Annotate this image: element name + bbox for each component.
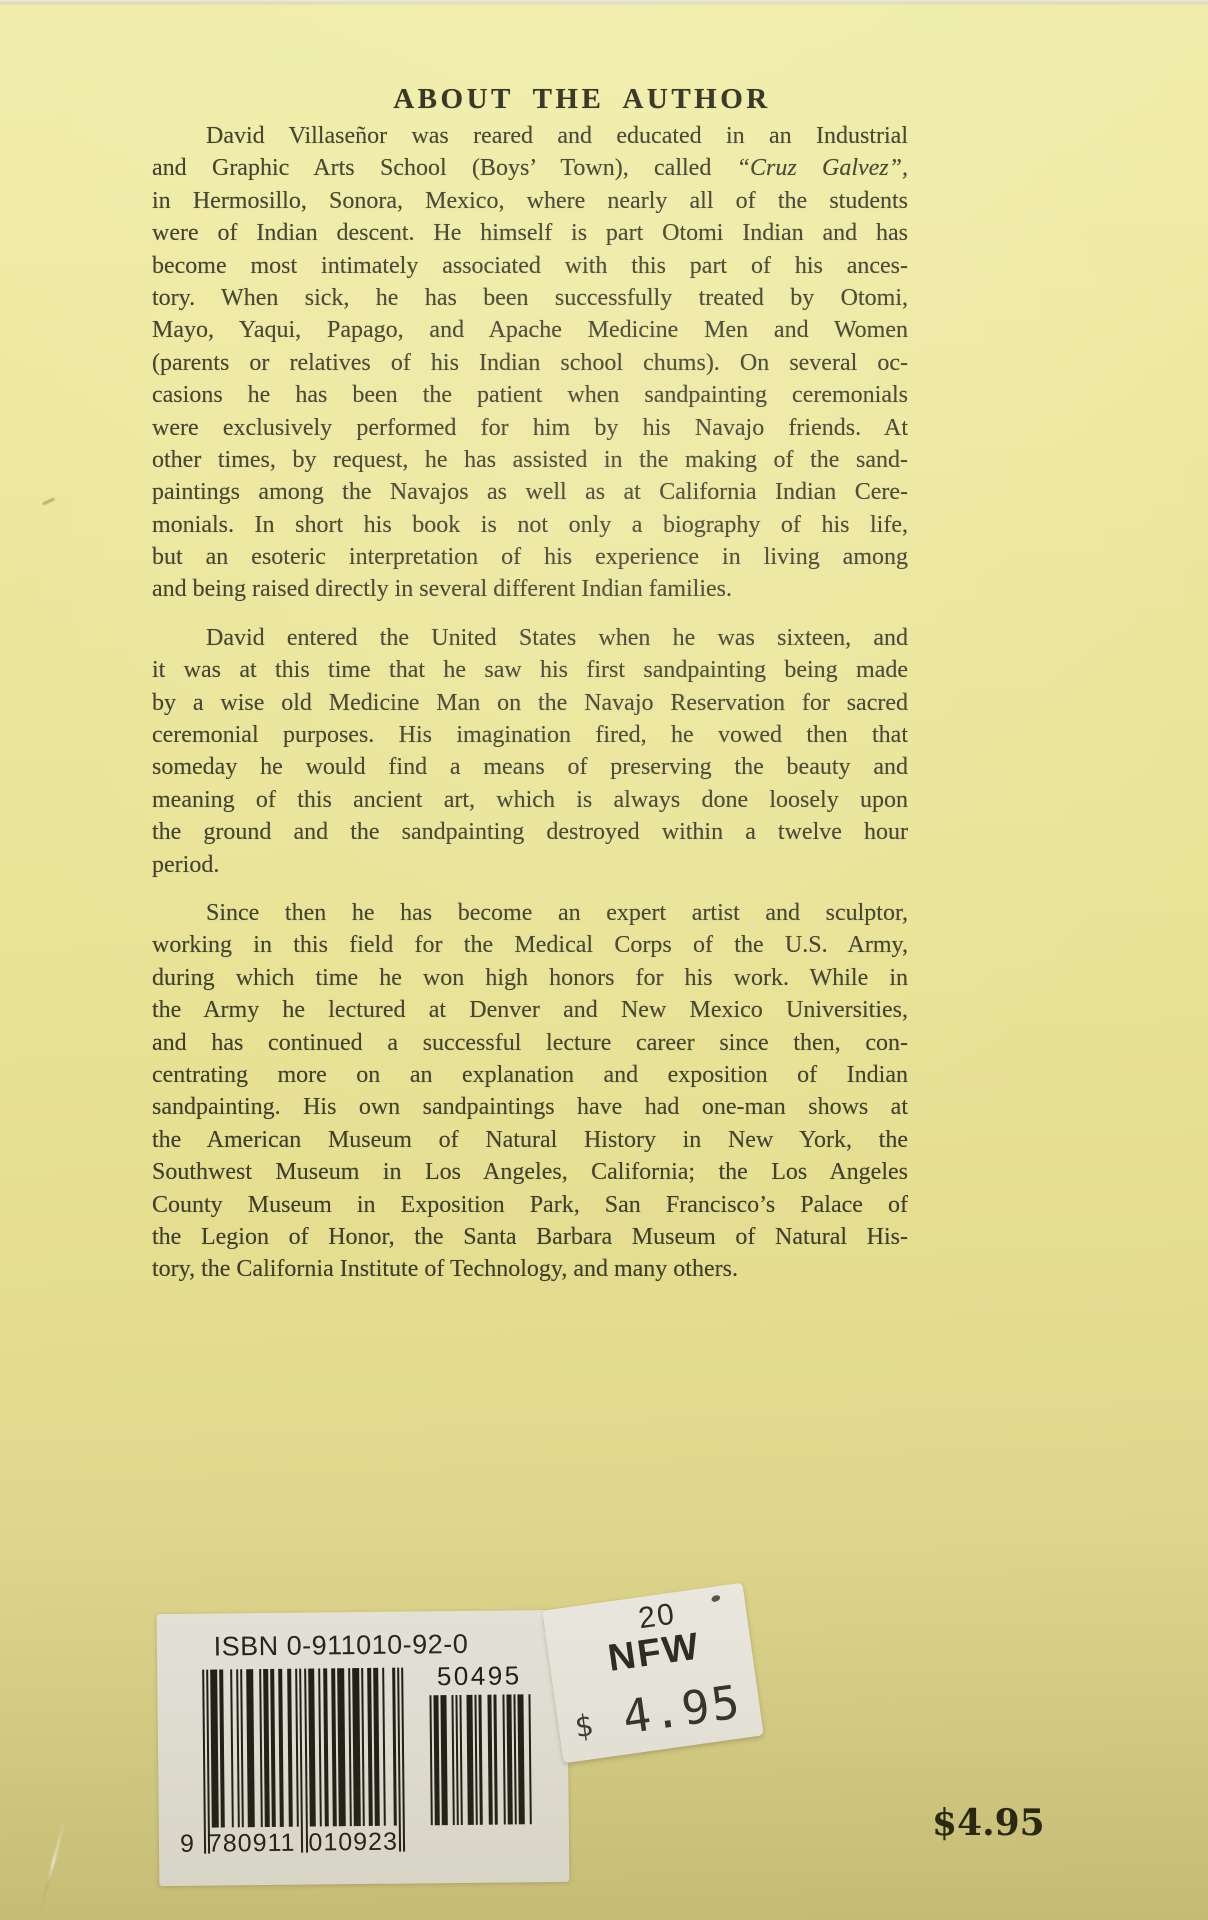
about-paragraph: David entered the United States when he …	[152, 622, 908, 881]
sticker-amount: 4.95	[619, 1674, 744, 1744]
cover-crease-mark	[42, 497, 55, 505]
isbn-text: ISBN 0-911010-92-0	[185, 1629, 497, 1663]
book-back-cover: ABOUT THE AUTHOR David Villaseñor was re…	[0, 0, 1208, 1920]
photo-of-book-back-cover: { "page": { "title": "ABOUT THE AUTHOR",…	[0, 0, 1208, 1920]
text-line: sandpainting. His own sandpaintings have…	[152, 1091, 908, 1123]
supplement-digits: 50495	[427, 1660, 531, 1692]
text-line: become most intimately associated with t…	[152, 250, 908, 282]
sticker-currency: $	[572, 1708, 595, 1745]
text-line: Southwest Museum in Los Angeles, Califor…	[152, 1156, 908, 1188]
supplement-barcode: 50495	[427, 1660, 533, 1825]
text-line: ceremonial purposes. His imagination fir…	[152, 719, 908, 751]
text-line: centrating more on an explanation and ex…	[152, 1059, 908, 1091]
about-paragraph: David Villaseñor was reared and educated…	[152, 120, 908, 606]
about-paragraph: Since then he has become an expert artis…	[152, 897, 908, 1286]
text-line: the ground and the sandpainting destroye…	[152, 816, 908, 848]
text-line: it was at this time that he saw his firs…	[152, 654, 908, 686]
printed-price: $4.95	[932, 1802, 1045, 1844]
text-line: tory, the California Institute of Techno…	[152, 1253, 908, 1285]
ean-digit-group: 9	[180, 1830, 195, 1859]
text-line: paintings among the Navajos as well as a…	[152, 476, 908, 508]
supplement-bars	[427, 1694, 532, 1825]
text-line: casions he has been the patient when san…	[152, 379, 908, 411]
about-text: David Villaseñor was reared and educated…	[152, 120, 908, 1302]
text-line: and Graphic Arts School (Boys’ Town), ca…	[152, 152, 908, 184]
barcode-digits: 9 780911 010923	[180, 1828, 398, 1859]
text-line: were exclusively performed for him by hi…	[152, 412, 908, 444]
ean-digit-group: 780911	[208, 1829, 296, 1859]
about-title: ABOUT THE AUTHOR	[204, 83, 960, 116]
text-line: and being raised directly in several dif…	[152, 573, 908, 605]
text-line: monials. In short his book is not only a…	[152, 509, 908, 541]
text-line: David entered the United States when he …	[152, 622, 908, 654]
text-line: someday he would find a means of preserv…	[152, 751, 908, 783]
text-line: during which time he won high honors for…	[152, 962, 908, 994]
text-line: were of Indian descent. He himself is pa…	[152, 217, 908, 249]
barcode-label: ISBN 0-911010-92-0 9 780911 010923 50495	[157, 1610, 570, 1886]
text-line: meaning of this ancient art, which is al…	[152, 784, 908, 816]
price-sticker: 20 NFW $ 4.95	[542, 1583, 763, 1764]
text-line: by a wise old Medicine Man on the Navajo…	[152, 687, 908, 719]
text-line: working in this field for the Medical Co…	[152, 929, 908, 961]
cover-crease	[37, 1819, 66, 1918]
text-line: the Army he lectured at Denver and New M…	[152, 994, 908, 1026]
text-line: (parents or relatives of his Indian scho…	[152, 347, 908, 379]
text-line: Mayo, Yaqui, Papago, and Apache Medicine…	[152, 314, 908, 346]
text-line: in Hermosillo, Sonora, Mexico, where nea…	[152, 185, 908, 217]
text-line: other times, by request, he has assisted…	[152, 444, 908, 476]
text-line: Since then he has become an expert artis…	[152, 897, 908, 929]
text-line: and has continued a successful lecture c…	[152, 1027, 908, 1059]
ean-digit-group: 010923	[308, 1828, 398, 1858]
text-line: the American Museum of Natural History i…	[152, 1124, 908, 1156]
text-line: period.	[152, 849, 908, 881]
photo-top-edge	[0, 0, 1208, 6]
barcode-bars	[202, 1668, 408, 1854]
text-line: but an esoteric interpretation of his ex…	[152, 541, 908, 573]
text-line: the Legion of Honor, the Santa Barbara M…	[152, 1221, 908, 1253]
ean-barcode: 9 780911 010923	[202, 1668, 408, 1854]
text-line: County Museum in Exposition Park, San Fr…	[152, 1189, 908, 1221]
text-line: David Villaseñor was reared and educated…	[152, 120, 908, 152]
text-line: tory. When sick, he has been successfull…	[152, 282, 908, 314]
